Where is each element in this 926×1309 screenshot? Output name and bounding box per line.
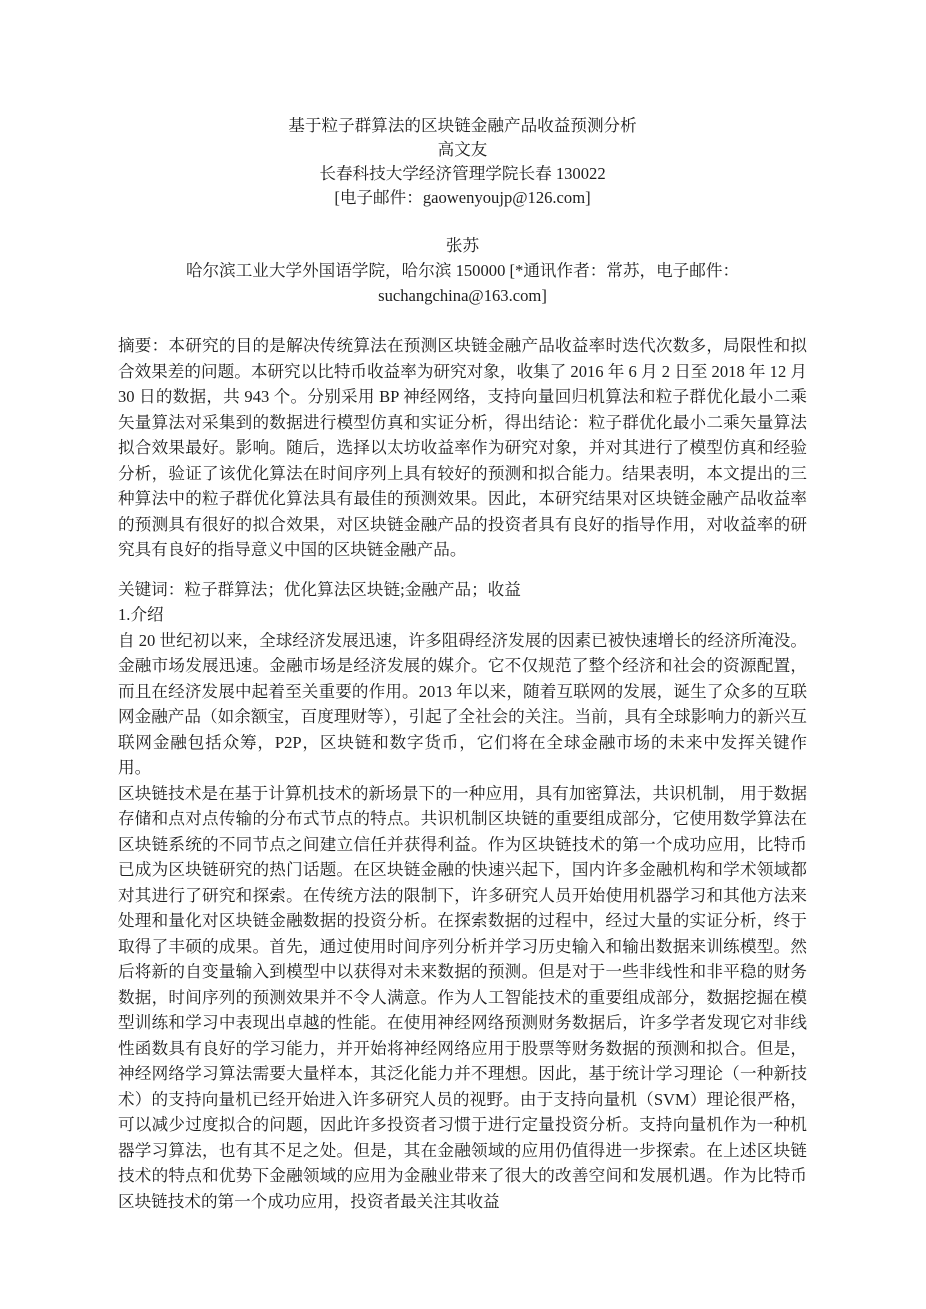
corresponding-author-email: suchangchina@163.com] bbox=[118, 283, 807, 308]
author-email: [电子邮件：gaowenyoujp@126.com] bbox=[118, 186, 807, 210]
paper-title: 基于粒子群算法的区块链金融产品收益预测分析 bbox=[118, 114, 807, 138]
section-heading-introduction: 1.介绍 bbox=[118, 602, 807, 628]
title-block: 基于粒子群算法的区块链金融产品收益预测分析 高文友 长春科技大学经济管理学院长春… bbox=[118, 114, 807, 210]
second-author-affiliation: 哈尔滨工业大学外国语学院，哈尔滨 150000 [*通讯作者：常苏，电子邮件： bbox=[118, 258, 807, 283]
author-affiliation: 长春科技大学经济管理学院长春 130022 bbox=[118, 162, 807, 186]
abstract: 摘要：本研究的目的是解决传统算法在预测区块链金融产品收益率时迭代次数多，局限性和… bbox=[118, 333, 807, 563]
intro-paragraph-1: 自 20 世纪初以来，全球经济发展迅速，许多阻碍经济发展的因素已被快速增长的经济… bbox=[118, 628, 807, 781]
author-name: 高文友 bbox=[118, 138, 807, 162]
second-author-block: 张苏 哈尔滨工业大学外国语学院，哈尔滨 150000 [*通讯作者：常苏，电子邮… bbox=[118, 233, 807, 308]
second-author-name: 张苏 bbox=[118, 233, 807, 258]
keywords: 关键词：粒子群算法；优化算法区块链;金融产品；收益 bbox=[118, 577, 807, 603]
document-page: 基于粒子群算法的区块链金融产品收益预测分析 高文友 长春科技大学经济管理学院长春… bbox=[118, 0, 807, 1214]
intro-paragraph-2: 区块链技术是在基于计算机技术的新场景下的一种应用，具有加密算法，共识机制， 用于… bbox=[118, 781, 807, 1215]
